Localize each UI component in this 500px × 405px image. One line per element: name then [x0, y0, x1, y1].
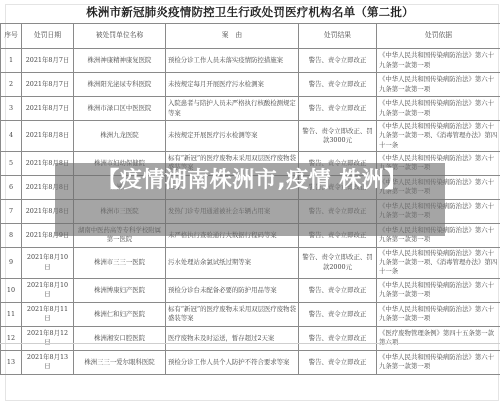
unit-name: 株洲市渌口区中医医院 — [74, 97, 166, 121]
penalty-date: 2021年8月10日 — [22, 247, 74, 278]
case-cause: 预检分诊工作人员未落实疫情防控措施案 — [166, 49, 299, 73]
penalty-basis: 《中华人民共和国传染病防治法》第六十九条第一款第一项、《消毒管理办法》第四十一条 — [377, 247, 500, 278]
penalty-basis: 《中华人民共和国传染病防治法》第六十九条第一款第一项 — [377, 49, 500, 73]
penalty-basis: 《中华人民共和国传染病防治法》第六十九条第一款第一项 — [377, 73, 500, 97]
penalty-result: 警告、责令立即改正 — [299, 278, 377, 302]
table-row: 22021年8月7日株洲阳光泌尿专科医院未按规定每月开展医疗污水检测案警告、责令… — [1, 73, 500, 97]
row-number: 6 — [1, 175, 22, 199]
row-number: 10 — [1, 278, 22, 302]
col-header-cause: 案 由 — [166, 24, 299, 49]
col-header-no: 序号 — [1, 24, 22, 49]
penalty-basis: 《中华人民共和国传染病防治法》第六十九条第一款第一项 — [377, 97, 500, 121]
overlay-banner-text: 【疫情湖南株洲市,疫情 株洲】 — [57, 166, 447, 196]
col-header-result: 处罚结果 — [299, 24, 377, 49]
case-cause: 入院患者与陪护人员未严格执行核酸检测规定等案 — [166, 97, 299, 121]
row-number: 7 — [1, 199, 22, 223]
unit-name: 株洲阳光泌尿专科医院 — [74, 73, 166, 97]
penalty-date: 2021年8月7日 — [22, 73, 74, 97]
case-cause: 污水处理站余氯试纸过期等案 — [166, 247, 299, 278]
unit-name: 株洲神康精神康复医院 — [74, 49, 166, 73]
case-cause: 预检分诊台未配备必要的防护用品等案 — [166, 278, 299, 302]
table-bottom-edge — [0, 343, 500, 348]
penalty-result: 警告、责令立即改正 — [299, 73, 377, 97]
col-header-basis: 处罚依据 — [377, 24, 500, 49]
table-row: 112021年8月11日株洲仁和妇产医院标有“新冠”的医疗废物未采用双层医疗废物… — [1, 302, 500, 326]
table-row: 42021年8月8日株洲九龙医院未按规定开展医疗污水检测等案警告、责令立即改正、… — [1, 121, 500, 152]
penalty-basis: 《中华人民共和国传染病防治法》第六十九条第一款第一项 — [377, 278, 500, 302]
table-row: 102021年8月10日株洲博康妇产医院预检分诊台未配备必要的防护用品等案警告、… — [1, 278, 500, 302]
row-number: 5 — [1, 151, 22, 175]
document-title: 株洲市新冠肺炎疫情防控卫生行政处罚医疗机构名单（第二批） — [0, 4, 500, 22]
table-row: 92021年8月10日株洲市三三一医院污水处理站余氯试纸过期等案警告、责令立即改… — [1, 247, 500, 278]
penalty-result: 警告、责令立即改正、罚款2000元 — [299, 247, 377, 278]
unit-name: 株洲仁和妇产医院 — [74, 302, 166, 326]
penalty-date: 2021年8月13日 — [22, 350, 74, 374]
penalty-basis: 《中华人民共和国传染病防治法》第六十九条第一款第一项 — [377, 350, 500, 374]
row-number: 4 — [1, 121, 22, 152]
penalty-date: 2021年8月10日 — [22, 278, 74, 302]
row-number: 2 — [1, 73, 22, 97]
penalty-result: 警告、责令立即改正 — [299, 302, 377, 326]
col-header-date: 处罚日期 — [22, 24, 74, 49]
penalty-basis: 《中华人民共和国传染病防治法》第六十九条第一款第一项 — [377, 302, 500, 326]
table-header-row: 序号 处罚日期 被处罚单位名称 案 由 处罚结果 处罚依据 — [1, 24, 500, 49]
penalty-date: 2021年8月7日 — [22, 49, 74, 73]
row-number: 13 — [1, 350, 22, 374]
penalty-result: 警告、责令立即改正 — [299, 49, 377, 73]
table-row: 32021年8月7日株洲市渌口区中医医院入院患者与陪护人员未严格执行核酸检测规定… — [1, 97, 500, 121]
row-number: 11 — [1, 302, 22, 326]
unit-name: 株洲九龙医院 — [74, 121, 166, 152]
penalty-result: 警告、责令立即改正 — [299, 350, 377, 374]
case-cause: 标有“新冠”的医疗废物未采用双层医疗废物袋盛装等案 — [166, 302, 299, 326]
table-row: 12021年8月7日株洲神康精神康复医院预检分诊工作人员未落实疫情防控措施案警告… — [1, 49, 500, 73]
penalty-result: 警告、责令立即改正 — [299, 97, 377, 121]
row-number: 3 — [1, 97, 22, 121]
case-cause: 未按规定开展医疗污水检测等案 — [166, 121, 299, 152]
row-number: 1 — [1, 49, 22, 73]
case-cause: 预检分诊工作人员个人防护不符合要求等案 — [166, 350, 299, 374]
penalty-date: 2021年8月11日 — [22, 302, 74, 326]
penalty-result: 警告、责令立即改正、罚款3000元 — [299, 121, 377, 152]
penalty-basis: 《中华人民共和国传染病防治法》第六十九条第一款第一项、《消毒管理办法》第四十一条 — [377, 121, 500, 152]
row-number: 9 — [1, 247, 22, 278]
row-number: 8 — [1, 223, 22, 247]
penalty-date: 2021年8月8日 — [22, 121, 74, 152]
case-cause: 未按规定每月开展医疗污水检测案 — [166, 73, 299, 97]
table-row: 132021年8月13日株洲三三一爱尔眼科医院预检分诊工作人员个人防护不符合要求… — [1, 350, 500, 374]
penalty-date: 2021年8月7日 — [22, 97, 74, 121]
unit-name: 株洲博康妇产医院 — [74, 278, 166, 302]
col-header-unit: 被处罚单位名称 — [74, 24, 166, 49]
unit-name: 株洲三三一爱尔眼科医院 — [74, 350, 166, 374]
unit-name: 株洲市三三一医院 — [74, 247, 166, 278]
